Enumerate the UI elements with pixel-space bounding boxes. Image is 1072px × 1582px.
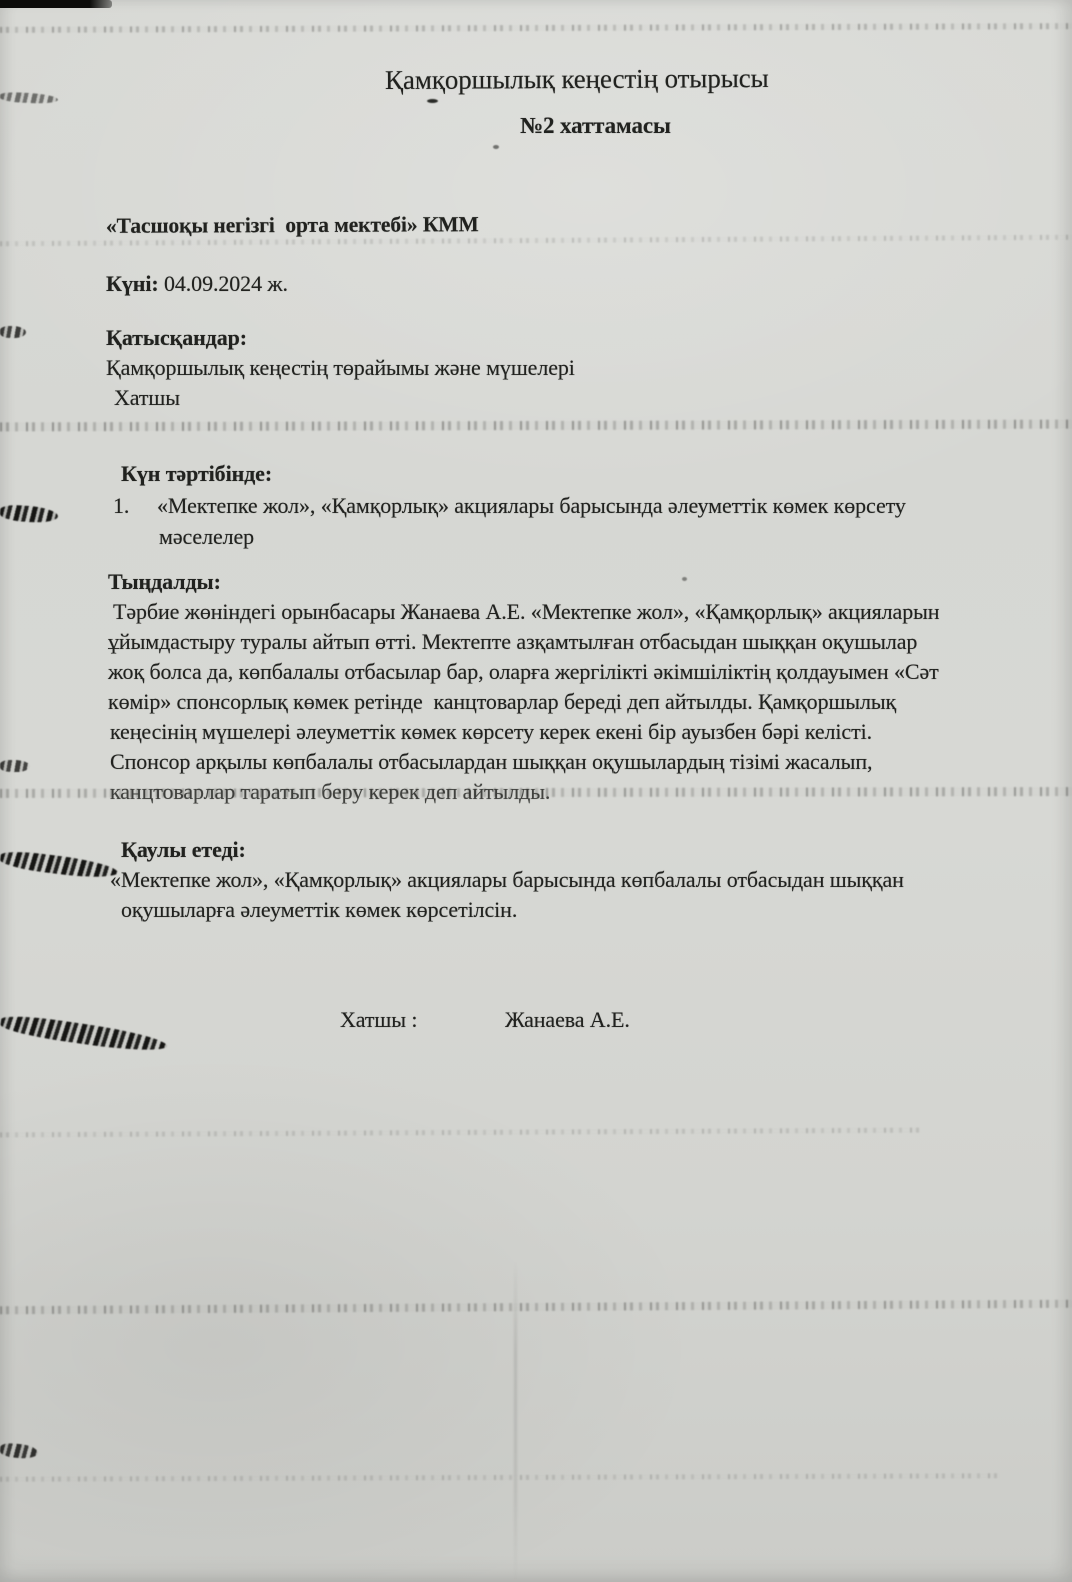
scan-streak-mid1 (0, 420, 1072, 432)
ink-artifact (0, 326, 26, 338)
date-line: Күні: 04.09.2024 ж. (106, 270, 288, 298)
heard-line: көмір» спонсорлық көмек ретінде канцтова… (108, 688, 896, 716)
scan-artifact-corner-bar (0, 0, 112, 8)
decision-line-1: «Мектепке жол», «Қамқорлық» акциялары ба… (110, 866, 904, 894)
participants-line-1: Қамқоршылық кеңестің төрайымы және мүшел… (106, 354, 575, 382)
heard-line: Спонсор арқылы көпбалалы отбасылардан шы… (110, 748, 872, 776)
scanned-protocol-page: Қамқоршылық кеңестің отырысы №2 хаттамас… (0, 0, 1072, 1582)
decision-heading: Қаулы етеді: (121, 836, 246, 864)
secretary-name: Жанаева А.Е. (505, 1006, 630, 1034)
heard-line: Тәрбие жөніндегі орынбасары Жанаева А.Е.… (113, 598, 939, 626)
heard-line: кеңесінің мүшелері әлеуметтік көмек көрс… (110, 718, 872, 746)
ink-speck (427, 99, 438, 103)
ink-artifact (0, 504, 58, 524)
agenda-heading: Күн тәртібінде: (121, 460, 272, 488)
heard-heading: Тыңдалды: (108, 568, 221, 596)
scan-streak-top (0, 23, 1072, 33)
paper-crease (514, 1260, 517, 1582)
agenda-item-line-1: «Мектепке жол», «Қамқорлық» акциялары ба… (157, 492, 906, 520)
decision-line-2: оқушыларға әлеуметтік көмек көрсетілсін. (121, 896, 517, 924)
ink-artifact (0, 1442, 39, 1459)
date-value: 04.09.2024 ж. (159, 271, 288, 296)
ink-artifact (0, 760, 30, 772)
heard-line: ұйымдастыру туралы айтып өтті. Мектепте … (108, 628, 917, 656)
agenda-item-number: 1. (113, 492, 129, 520)
heard-line: жоқ болса да, көпбалалы отбасылар бар, о… (108, 658, 939, 686)
scan-streak-low1 (0, 1128, 920, 1138)
secretary-label: Хатшы : (340, 1006, 417, 1034)
participants-heading: Қатысқандар: (106, 324, 247, 352)
scan-streak-bottom (0, 1473, 1000, 1481)
ink-artifact (0, 91, 58, 104)
heard-line: канцтоварлар таратып беру керек деп айты… (110, 778, 550, 806)
date-label: Күні: (106, 271, 159, 296)
participants-line-2: Хатшы (114, 384, 180, 412)
ink-artifact (0, 1012, 169, 1055)
school-name: «Тасшоқы негізгі орта мектебі» КММ (106, 211, 479, 240)
protocol-number: №2 хаттамасы (520, 112, 671, 141)
scan-streak-low2 (0, 1300, 1072, 1315)
ink-artifact (0, 849, 119, 881)
ink-speck (682, 577, 687, 581)
ink-speck (493, 145, 499, 149)
document-title: Қамқоршылық кеңестің отырысы (385, 62, 769, 98)
agenda-item-line-2: мәселелер (159, 523, 254, 551)
